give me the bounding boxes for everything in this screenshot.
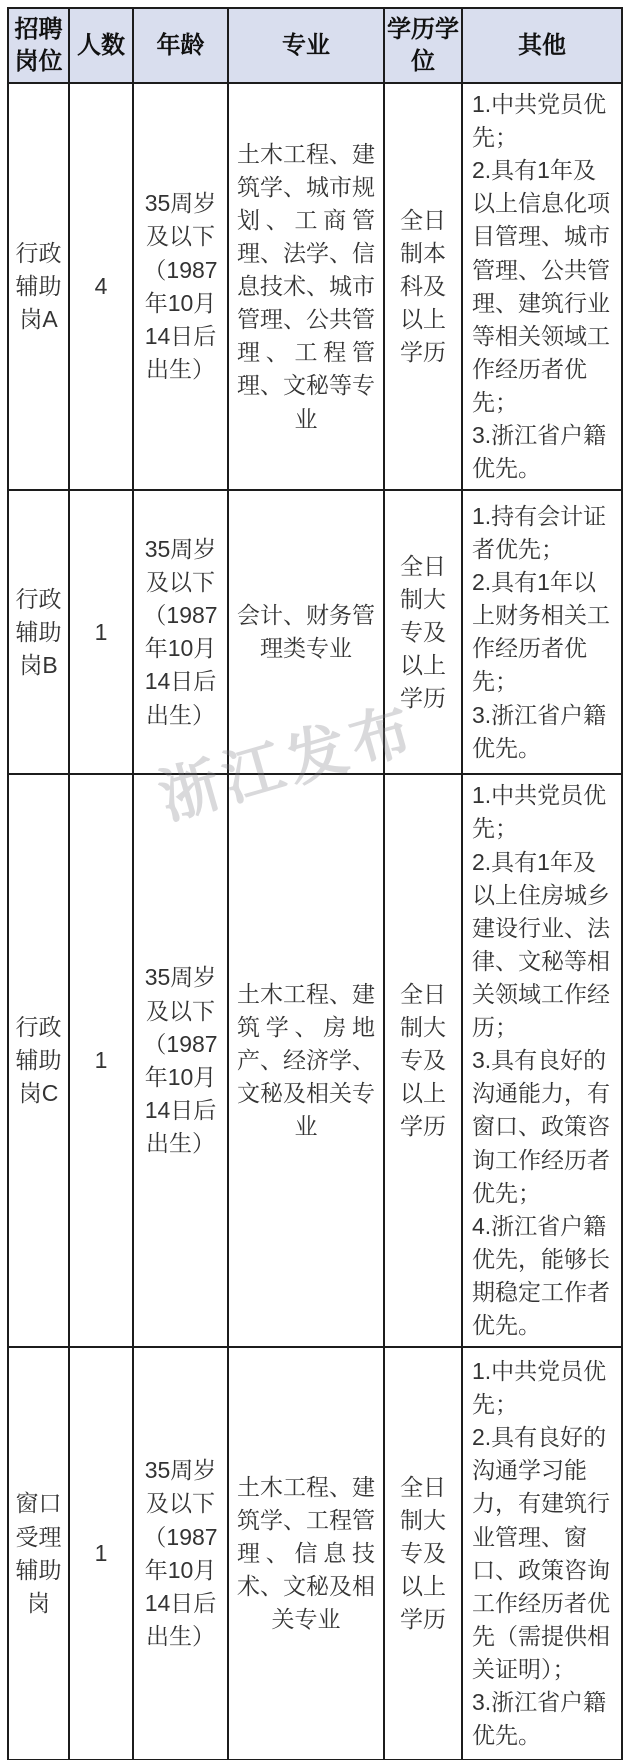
major-cell: 土木工程、建筑学、城市规划、工商管理、法学、信息技术、城市管理、公共管理、工程管… (228, 83, 384, 490)
other-item: 1.中共党员优先； (472, 779, 613, 845)
col-header-education: 学历学位 (384, 8, 462, 83)
table-row: 行政辅助岗B 1 35周岁及以下（1987年10月14日后出生） 会计、财务管理… (8, 490, 622, 774)
education-cell: 全日制大专及以上学历 (384, 1347, 462, 1760)
other-item: 3.浙江省户籍优先。 (472, 419, 613, 485)
col-header-age: 年龄 (133, 8, 228, 83)
col-header-major: 专业 (228, 8, 384, 83)
col-header-other: 其他 (462, 8, 622, 83)
major-cell: 土木工程、建筑学、工程管理、信息技术、文秘及相关专业 (228, 1347, 384, 1760)
count-cell: 1 (69, 774, 133, 1347)
other-cell: 1.中共党员优先； 2.具有良好的沟通学习能力，有建筑行业管理、窗口、政策咨询工… (462, 1347, 622, 1760)
education-cell: 全日制大专及以上学历 (384, 774, 462, 1347)
other-item: 2.具有1年及以上信息化项目管理、城市管理、公共管理、建筑行业等相关领域工作经历… (472, 154, 613, 419)
other-cell: 1.中共党员优先； 2.具有1年及以上住房城乡建设行业、法律、文秘等相关领域工作… (462, 774, 622, 1347)
education-cell: 全日制本科及以上学历 (384, 83, 462, 490)
other-item: 3.具有良好的沟通能力，有窗口、政策咨询工作经历者优先； (472, 1044, 613, 1210)
table-row: 行政辅助岗C 1 35周岁及以下（1987年10月14日后出生） 土木工程、建筑… (8, 774, 622, 1347)
recruitment-table: 招聘岗位 人数 年龄 专业 学历学位 其他 行政辅助岗A 4 35周岁及以下（1… (7, 7, 623, 1760)
count-cell: 4 (69, 83, 133, 490)
age-cell: 35周岁及以下（1987年10月14日后出生） (133, 774, 228, 1347)
other-item: 2.具有1年以上财务相关工作经历者优先； (472, 566, 613, 698)
position-cell: 行政辅助岗A (8, 83, 69, 490)
other-cell: 1.持有会计证者优先； 2.具有1年以上财务相关工作经历者优先； 3.浙江省户籍… (462, 490, 622, 774)
count-cell: 1 (69, 490, 133, 774)
count-cell: 1 (69, 1347, 133, 1760)
position-cell: 窗口受理辅助岗 (8, 1347, 69, 1760)
age-cell: 35周岁及以下（1987年10月14日后出生） (133, 1347, 228, 1760)
age-cell: 35周岁及以下（1987年10月14日后出生） (133, 83, 228, 490)
other-item: 2.具有良好的沟通学习能力，有建筑行业管理、窗口、政策咨询工作经历者优先（需提供… (472, 1421, 613, 1686)
recruitment-table-page: 浙江发布 招聘岗位 人数 年龄 专业 学历学位 其他 行政辅助岗A 4 35周岁… (0, 0, 626, 1760)
position-cell: 行政辅助岗B (8, 490, 69, 774)
header-row: 招聘岗位 人数 年龄 专业 学历学位 其他 (8, 8, 622, 83)
major-cell: 会计、财务管理类专业 (228, 490, 384, 774)
other-item: 1.中共党员优先； (472, 1355, 613, 1421)
table-row: 窗口受理辅助岗 1 35周岁及以下（1987年10月14日后出生） 土木工程、建… (8, 1347, 622, 1760)
major-cell: 土木工程、建筑学、房地产、经济学、文秘及相关专业 (228, 774, 384, 1347)
education-cell: 全日制大专及以上学历 (384, 490, 462, 774)
other-item: 4.浙江省户籍优先，能够长期稳定工作者优先。 (472, 1210, 613, 1342)
col-header-count: 人数 (69, 8, 133, 83)
age-cell: 35周岁及以下（1987年10月14日后出生） (133, 490, 228, 774)
other-item: 2.具有1年及以上住房城乡建设行业、法律、文秘等相关领域工作经历； (472, 846, 613, 1045)
col-header-position: 招聘岗位 (8, 8, 69, 83)
other-item: 3.浙江省户籍优先。 (472, 699, 613, 765)
other-item: 1.持有会计证者优先； (472, 500, 613, 566)
other-cell: 1.中共党员优先； 2.具有1年及以上信息化项目管理、城市管理、公共管理、建筑行… (462, 83, 622, 490)
table-row: 行政辅助岗A 4 35周岁及以下（1987年10月14日后出生） 土木工程、建筑… (8, 83, 622, 490)
position-cell: 行政辅助岗C (8, 774, 69, 1347)
other-item: 3.浙江省户籍优先。 (472, 1686, 613, 1752)
other-item: 1.中共党员优先； (472, 88, 613, 154)
